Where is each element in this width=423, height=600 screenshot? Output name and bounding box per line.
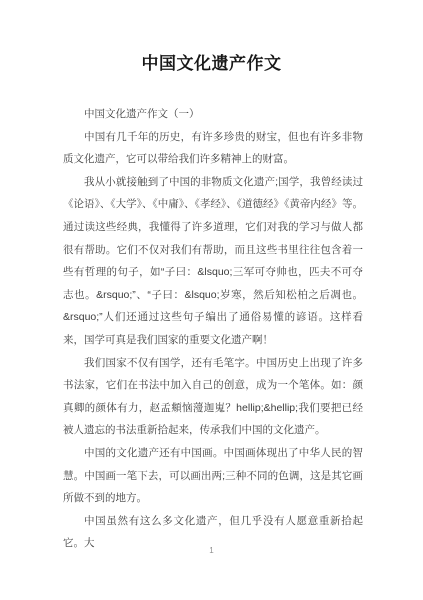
paragraph: 我们国家不仅有国学，还有毛笔字。中国历史上出现了许多书法家，它们在书法中加入自己… — [63, 352, 363, 442]
document-body: 中国文化遗产作文（一） 中国有几千年的历史，有许多珍贵的财宝，但也有许多非物质文… — [63, 103, 363, 555]
page-title: 中国文化遗产作文 — [0, 0, 423, 76]
page-number: 1 — [0, 546, 423, 556]
document-page: 中国文化遗产作文 中国文化遗产作文（一） 中国有几千年的历史，有许多珍贵的财宝，… — [0, 0, 423, 600]
paragraph: 中国的文化遗产还有中国画。中国画体现出了中华人民的智慧。中国画一笔下去，可以画出… — [63, 442, 363, 510]
paragraph: 中国有几千年的历史，有许多珍贵的财宝，但也有许多非物质文化遗产，它可以带给我们许… — [63, 126, 363, 171]
paragraph-subtitle: 中国文化遗产作文（一） — [63, 103, 363, 126]
paragraph: 我从小就接触到了中国的非物质文化遗产;国学，我曾经读过《论语》、《大学》、《中庸… — [63, 171, 363, 352]
